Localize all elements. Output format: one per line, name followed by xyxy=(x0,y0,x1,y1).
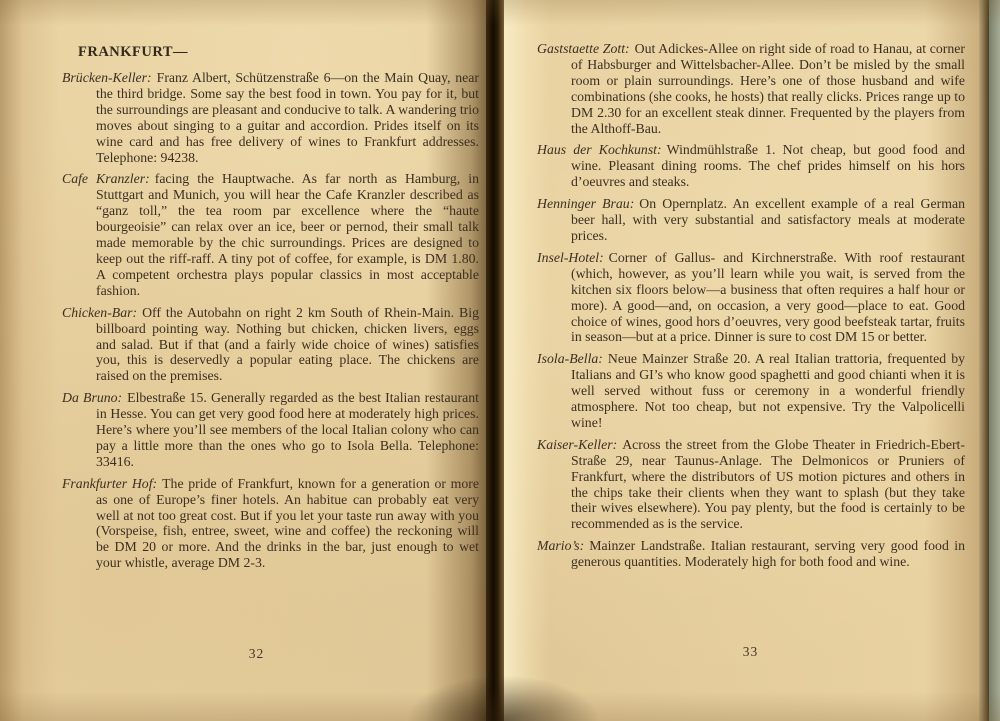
guide-entry-cafe-kranzler: Cafe Kranzler:facing the Hauptwache. As … xyxy=(62,171,479,298)
guide-entry-marios: Mario’s:Mainzer Landstraße. Italian rest… xyxy=(537,538,965,570)
entry-text: Elbestraße 15. Generally regarded as the… xyxy=(96,390,479,469)
top-shadow xyxy=(0,0,1000,26)
entry-name: Isola-Bella: xyxy=(537,351,603,366)
entry-name: Kaiser-Keller: xyxy=(537,437,617,452)
guide-entry-insel-hotel: Insel-Hotel:Corner of Gallus- and Kirchn… xyxy=(537,250,965,345)
entry-text: Neue Mainzer Straße 20. A real Italian t… xyxy=(571,351,965,430)
guide-entry-bruecken-keller: Brücken-Keller:Franz Albert, Schützenstr… xyxy=(62,70,479,165)
guide-entry-haus-der-kochkunst: Haus der Kochkunst:Windmühlstraße 1. Not… xyxy=(537,142,965,190)
guide-entry-frankfurter-hof: Frankfurter Hof:The pride of Frankfurt, … xyxy=(62,476,479,571)
entry-text: Across the street from the Globe Theater… xyxy=(571,437,965,532)
guide-entry-da-bruno: Da Bruno:Elbestraße 15. Generally regard… xyxy=(62,390,479,470)
entry-text: Franz Albert, Schützenstraße 6—on the Ma… xyxy=(96,70,479,165)
page-stack-edge xyxy=(989,0,1000,721)
left-page-edge-shadow xyxy=(0,0,58,721)
guide-entry-gaststaette-zott: Gaststaette Zott:Out Adickes-Allee on ri… xyxy=(537,41,965,136)
entry-name: Frankfurter Hof: xyxy=(62,476,157,491)
book-spread: FRANKFURT— Brücken-Keller:Franz Albert, … xyxy=(0,0,1000,721)
bottom-gutter-shadow xyxy=(408,676,598,721)
section-heading: FRANKFURT— xyxy=(78,44,479,61)
book-gutter xyxy=(486,0,504,721)
entry-name: Brücken-Keller: xyxy=(62,70,152,85)
entry-name: Haus der Kochkunst: xyxy=(537,142,662,157)
entry-text: facing the Hauptwache. As far north as H… xyxy=(96,171,479,297)
guide-entry-kaiser-keller: Kaiser-Keller:Across the street from the… xyxy=(537,437,965,532)
guide-entry-chicken-bar: Chicken-Bar:Off the Autobahn on right 2 … xyxy=(62,305,479,385)
entry-name: Chicken-Bar: xyxy=(62,305,137,320)
entry-name: Gaststaette Zott: xyxy=(537,41,630,56)
entry-name: Henninger Brau: xyxy=(537,196,634,211)
page-number-right: 33 xyxy=(542,644,959,660)
entry-name: Da Bruno: xyxy=(62,390,122,405)
right-page-edge-shadow xyxy=(979,0,989,721)
entry-text: Mainzer Landstraße. Italian restaurant, … xyxy=(571,538,965,569)
guide-entry-henninger-brau: Henninger Brau:On Opernplatz. An excelle… xyxy=(537,196,965,244)
page-number-left: 32 xyxy=(48,646,465,662)
entry-text: Corner of Gallus- and Kirchnerstraße. Wi… xyxy=(571,250,965,345)
left-page: FRANKFURT— Brücken-Keller:Franz Albert, … xyxy=(62,44,479,577)
entry-name: Mario’s: xyxy=(537,538,584,553)
entry-text: Off the Autobahn on right 2 km South of … xyxy=(96,305,479,384)
bottom-shadow xyxy=(0,691,1000,721)
guide-entry-isola-bella: Isola-Bella:Neue Mainzer Straße 20. A re… xyxy=(537,351,965,431)
entry-name: Insel-Hotel: xyxy=(537,250,604,265)
entry-text: Out Adickes-Allee on right side of road … xyxy=(571,41,965,136)
entry-name: Cafe Kranzler: xyxy=(62,171,150,186)
right-page: Gaststaette Zott:Out Adickes-Allee on ri… xyxy=(537,41,965,576)
